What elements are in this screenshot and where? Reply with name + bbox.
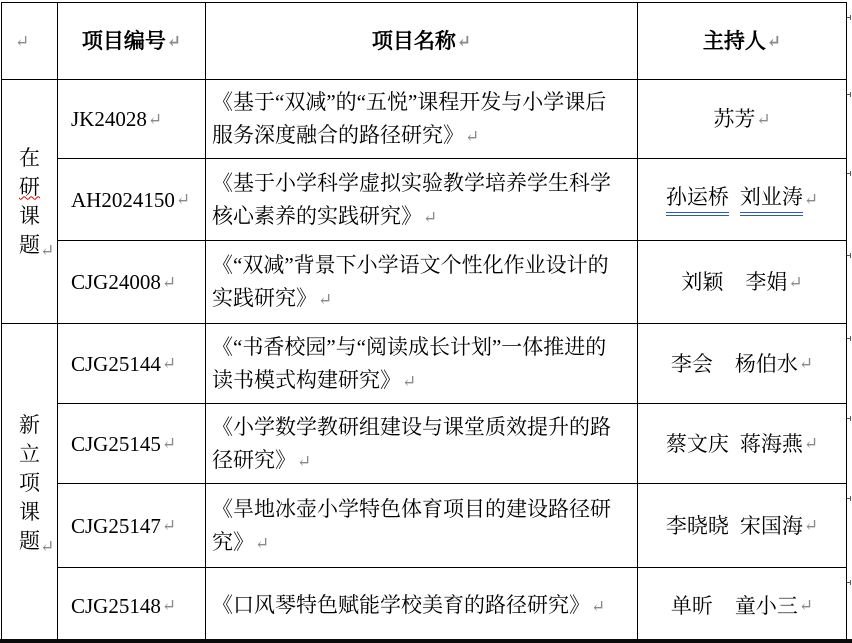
pilcrow-icon: ↵ xyxy=(148,111,162,128)
row-end-marker-icon xyxy=(847,253,851,258)
header-project-title-label: 项目名称 xyxy=(372,27,456,55)
group-label-ongoing-text: 在 研 课 题↵ xyxy=(19,144,40,260)
header-project-code-label: 项目编号 xyxy=(82,27,166,55)
project-title-cell: 《口风琴特色赋能学校美育的路径研究》↵ xyxy=(206,568,638,643)
pilcrow-icon: ↵ xyxy=(423,208,437,227)
host-name: 蒋海燕 xyxy=(740,430,803,458)
project-title-cell: 《基于“双减”的“五悦”课程开发与小学课后 服务深度融合的路径研究》↵ xyxy=(206,80,638,159)
pilcrow-icon: ↵ xyxy=(255,534,269,553)
pilcrow-icon: ↵ xyxy=(756,111,770,128)
pilcrow-icon: ↵ xyxy=(297,452,311,471)
document-page: ↵ 项目编号 ↵ 项目名称 ↵ 主持人 ↵ 在 研 课 题↵ JK24028↵ xyxy=(0,0,852,643)
project-code: CJG25144 xyxy=(71,350,161,378)
header-project-code: 项目编号 ↵ xyxy=(58,3,206,80)
header-project-title: 项目名称 ↵ xyxy=(206,3,638,80)
host-name: 苏芳 xyxy=(713,105,755,133)
host-name-underlined: 孙运桥 xyxy=(666,183,729,216)
pilcrow-icon: ↵ xyxy=(318,290,332,309)
project-code-cell: CJG24008↵ xyxy=(58,241,206,324)
row-end-marker-icon xyxy=(847,92,851,97)
pilcrow-icon: ↵ xyxy=(591,597,605,616)
pilcrow-icon: ↵ xyxy=(767,33,781,50)
project-code: AH2024150 xyxy=(71,186,175,214)
host-name: 李娟 xyxy=(745,268,787,296)
row-end-marker-icon xyxy=(847,336,851,341)
pilcrow-icon: ↵ xyxy=(162,355,176,372)
pilcrow-icon: ↵ xyxy=(176,191,190,208)
host-name: 蔡文庆 xyxy=(666,430,729,458)
project-title-cell: 《旱地冰壶小学特色体育项目的建设路径研 究》↵ xyxy=(206,484,638,568)
host-name-underlined: 刘业涛 xyxy=(740,183,803,216)
project-title-cell: 《“书香校园”与“阅读成长计划”一体推进的 读书模式构建研究》↵ xyxy=(206,324,638,404)
pilcrow-icon: ↵ xyxy=(457,33,471,50)
row-end-marker-icon xyxy=(847,416,851,421)
pilcrow-icon: ↵ xyxy=(162,597,176,614)
project-code: JK24028 xyxy=(71,105,147,133)
table-bottom-border xyxy=(0,639,852,643)
project-code-cell: JK24028↵ xyxy=(58,80,206,159)
project-code-cell: AH2024150↵ xyxy=(58,159,206,241)
pilcrow-icon: ↵ xyxy=(167,33,181,50)
project-title-cell: 《小学数学教研组建设与课堂质效提升的路 径研究》↵ xyxy=(206,404,638,484)
header-corner-cell: ↵ xyxy=(2,3,58,80)
host-cell: 蔡文庆蒋海燕↵ xyxy=(638,404,847,484)
project-code-cell: CJG25147↵ xyxy=(58,484,206,568)
host-name: 杨伯水 xyxy=(735,350,798,378)
host-name: 宋国海 xyxy=(740,512,803,540)
pilcrow-icon: ↵ xyxy=(40,538,54,555)
row-end-marker-icon xyxy=(847,580,851,585)
pilcrow-icon: ↵ xyxy=(804,517,818,534)
host-cell: 孙运桥刘业涛↵ xyxy=(638,159,847,241)
host-cell: 李晓晓宋国海↵ xyxy=(638,484,847,568)
project-code: CJG25148 xyxy=(71,592,161,620)
pilcrow-icon: ↵ xyxy=(799,597,813,614)
project-code: CJG24008 xyxy=(71,268,161,296)
project-title-cell: 《基于小学科学虚拟实验教学培养学生科学 核心素养的实践研究》↵ xyxy=(206,159,638,241)
host-name: 单昕 xyxy=(671,592,713,620)
project-code-cell: CJG25144↵ xyxy=(58,324,206,404)
row-end-marker-icon xyxy=(847,496,851,501)
pilcrow-icon: ↵ xyxy=(162,274,176,291)
host-name: 刘颖 xyxy=(681,268,723,296)
group-label-new-text: 新 立 项 课 题↵ xyxy=(19,411,40,556)
project-title-cell: 《“双减”背景下小学语文个性化作业设计的 实践研究》↵ xyxy=(206,241,638,324)
pilcrow-icon: ↵ xyxy=(402,372,416,391)
header-host-label: 主持人 xyxy=(703,27,766,55)
host-name: 李晓晓 xyxy=(666,512,729,540)
pilcrow-icon: ↵ xyxy=(804,191,818,208)
pilcrow-icon: ↵ xyxy=(162,435,176,452)
project-code: CJG25145 xyxy=(71,430,161,458)
row-end-marker-icon xyxy=(847,15,851,20)
pilcrow-icon: ↵ xyxy=(162,517,176,534)
host-name: 李会 xyxy=(671,350,713,378)
pilcrow-icon: ↵ xyxy=(788,274,802,291)
pilcrow-icon: ↵ xyxy=(40,242,54,259)
project-code-cell: CJG25148↵ xyxy=(58,568,206,643)
pilcrow-icon: ↵ xyxy=(804,435,818,452)
spellcheck-squiggle: 研 xyxy=(19,173,40,202)
host-cell: 苏芳↵ xyxy=(638,80,847,159)
host-cell: 单昕童小三↵ xyxy=(638,568,847,643)
pilcrow-icon: ↵ xyxy=(465,127,479,146)
row-end-marker-icon xyxy=(847,171,851,176)
project-code-cell: CJG25145↵ xyxy=(58,404,206,484)
project-code: CJG25147 xyxy=(71,512,161,540)
host-cell: 刘颖李娟↵ xyxy=(638,241,847,324)
pilcrow-icon: ↵ xyxy=(15,33,29,50)
group-label-new: 新 立 项 课 题↵ xyxy=(2,324,58,643)
projects-table: ↵ 项目编号 ↵ 项目名称 ↵ 主持人 ↵ 在 研 课 题↵ JK24028↵ xyxy=(1,2,847,643)
group-label-ongoing: 在 研 课 题↵ xyxy=(2,80,58,324)
host-cell: 李会杨伯水↵ xyxy=(638,324,847,404)
host-name: 童小三 xyxy=(735,592,798,620)
header-host: 主持人 ↵ xyxy=(638,3,847,80)
pilcrow-icon: ↵ xyxy=(799,355,813,372)
